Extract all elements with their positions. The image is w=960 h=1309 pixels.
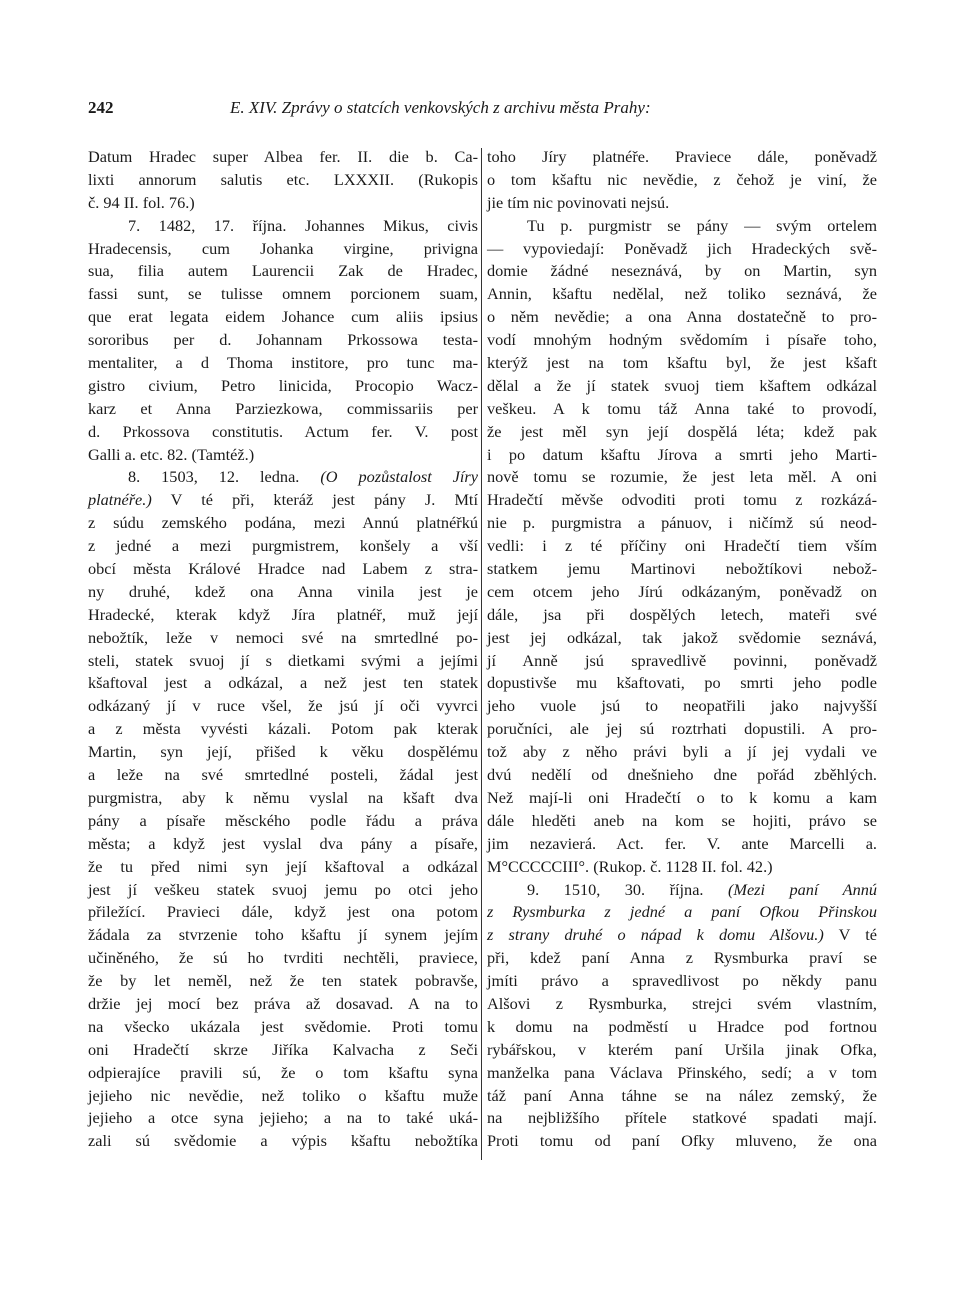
text-line: přiležící. Pravieci dále, když jest ona …: [88, 901, 478, 924]
text-line: karz et Anna Parziezkowa, commissariis p…: [88, 398, 478, 421]
text-line: lixti annorum salutis etc. LXXXII. (Ruko…: [88, 169, 478, 192]
page-header: 242 E. XIV. Zprávy o statcích venkovskýc…: [88, 98, 878, 122]
text-line: Alšovi z Rysmburka, strejci svém vlastní…: [487, 993, 877, 1016]
column-divider: [481, 148, 482, 1160]
text-line: učiněného, že sú ho tvrditi nechtěli, pr…: [88, 947, 478, 970]
entry-8-date: 8. 1503, 12. ledna.: [128, 467, 299, 486]
text-line: Galli a. etc. 82. (Tamtéž.): [88, 444, 478, 467]
text-line: a z města vyvésti kázali. Potom pak kter…: [88, 718, 478, 741]
text-line: jejieho a otce syna jejieho; a na to tak…: [88, 1107, 478, 1130]
verdict-start: Tu p. purgmistr se pány — svým ortelem: [487, 215, 877, 238]
text-line: sua, filia autem Laurencii Zak de Hradec…: [88, 260, 478, 283]
text-line: dále hleděti aneb na kom se hojiti, práv…: [487, 810, 877, 833]
text-line: města; a když jest vyslal dva pány a pís…: [88, 833, 478, 856]
text-line: obcí města Králové Hradce nad Labem z st…: [88, 558, 478, 581]
text-line: fassi sunt, se tulisse omnem porcionem s…: [88, 283, 478, 306]
text-line: že jest měl syn její dospělá léta; kdež …: [487, 421, 877, 444]
text-line: držie jej mocí bez práva až dosavad. A n…: [88, 993, 478, 1016]
text-line: táž paní Anna táhne se na nález zemský, …: [487, 1085, 877, 1108]
text-line: že tu před nimi syn její kšaftoval a odk…: [88, 856, 478, 879]
text-line: Než mají-li oni Hradečtí o to k komu a k…: [487, 787, 877, 810]
text-line: sororibus per d. Johannam Prkossowa test…: [88, 329, 478, 352]
text-line: jest jí veškeu statek svuoj jemu po otci…: [88, 879, 478, 902]
text-line: M°CCCCCIII°. (Rukop. č. 1128 II. fol. 42…: [487, 856, 877, 879]
left-column: Datum Hradec super Albea fer. II. die b.…: [88, 146, 478, 1153]
text-fragment: V té při, kteráž jest pány J. Mtí: [171, 490, 478, 509]
text-line: nebožtík, leže v nemoci své na smrtedlné…: [88, 627, 478, 650]
text-line: manželka pana Václava Přinského, sedí; a…: [487, 1062, 877, 1085]
text-line: purgmistra, aby k němu vyslal na kšaft d…: [88, 787, 478, 810]
text-line: i po datum kšaftu Jírova a smrti jeho Ma…: [487, 444, 877, 467]
text-line: gistro civium, Petro linicida, Procopio …: [88, 375, 478, 398]
text-line: dopustivše mu kšaftovati, po smrti jeho …: [487, 672, 877, 695]
text-line: Annin, kšaftu nedělal, než toliko seznáv…: [487, 283, 877, 306]
text-line: oni Hradečtí skrze Jiříka Kalvacha z Seč…: [88, 1039, 478, 1062]
text-line: na nejbližšího přítele statkové spadati …: [487, 1107, 877, 1130]
text-line: z strany druhé o nápad k domu Alšovu.) V…: [487, 924, 877, 947]
text-line: Hradecensis, cum Johanka virgine, privig…: [88, 238, 478, 261]
text-line: jí Anně jsú spravedlivě povinni, poněvad…: [487, 650, 877, 673]
text-line: při, kdež paní Anna z Rysmburka praví se: [487, 947, 877, 970]
text-line: jmíti právo a spravedlivost po někdy pan…: [487, 970, 877, 993]
text-line: mentaliter, a d Thoma institore, pro tun…: [88, 352, 478, 375]
text-line: kterýž jest na tom kšaftu byl, že jest k…: [487, 352, 877, 375]
text-line: — vypoviedají: Poněvadž jich Hradeckých …: [487, 238, 877, 261]
text-line: steli, statek svuoj jí s dietkami svými …: [88, 650, 478, 673]
text-line: que erat legata eidem Johance cum aliis …: [88, 306, 478, 329]
text-line: toho Jíry platnéře. Praviece dále, poněv…: [487, 146, 877, 169]
text-line: že by let neměl, než že ten statek pobra…: [88, 970, 478, 993]
text-line: ny druhé, kdež ona Anna vinila jest je: [88, 581, 478, 604]
entry-9-start: 9. 1510, 30. října. (Mezi paní Annú: [487, 879, 877, 902]
entry-7-start: 7. 1482, 17. října. Johannes Mikus, civi…: [88, 215, 478, 238]
text-line: kšaftoval jest a odkázal, a než jest ten…: [88, 672, 478, 695]
text-line: z súdu zemského podána, mezi Annú platné…: [88, 512, 478, 535]
text-line: rybářskou, v kterém paní Uršila jinak Of…: [487, 1039, 877, 1062]
text-line: na všecko ukázala jest svědomie. Proti t…: [88, 1016, 478, 1039]
text-line: platnéře.) V té při, kteráž jest pány J.…: [88, 489, 478, 512]
entry-9-title-cont: z Rysmburka z jedné a paní Ofkou Přinsko…: [487, 901, 877, 924]
text-line: jie tím nic povinovati nejsú.: [487, 192, 877, 215]
text-line: žádala za stvrzenie toho kšaftu jí synem…: [88, 924, 478, 947]
entry-8-title-cont: platnéře.): [88, 490, 152, 509]
text-line: Hradecké, kterak když Jíra platnéř, muž …: [88, 604, 478, 627]
entry-8-title: (O pozůstalost Jíry: [320, 467, 478, 486]
text-line: odpierajíce pravili sú, že o tom kšaftu …: [88, 1062, 478, 1085]
text-line: a leže na své smrtedlné posteli, žádal j…: [88, 764, 478, 787]
entry-9-title-end: z strany druhé o nápad k domu Alšovu.): [487, 925, 824, 944]
text-line: vodí mnohým hodným svědomím i písaře toh…: [487, 329, 877, 352]
entry-8-start: 8. 1503, 12. ledna. (O pozůstalost Jíry: [88, 466, 478, 489]
text-line: domie žádné neseznává, by on Martin, syn: [487, 260, 877, 283]
text-line: o něm nevědie; a ona Anna dostatečně to …: [487, 306, 877, 329]
text-line: veškeu. A k tomu táž Anna také to provod…: [487, 398, 877, 421]
text-line: zali sú svědomie a výpis kšaftu nebožtík…: [88, 1130, 478, 1153]
text-line: pány a písaře měsckého podle řádu a práv…: [88, 810, 478, 833]
text-line: poručníci, ale jej sú roztrhati dopustil…: [487, 718, 877, 741]
text-line: jeho vuole jsú to neopatřili jako najvyš…: [487, 695, 877, 718]
text-line: jim nezavierá. Act. fer. V. ante Marcell…: [487, 833, 877, 856]
text-fragment: V té: [839, 925, 877, 944]
text-line: nie p. purgmistra a pánuov, i ničímž sú …: [487, 512, 877, 535]
text-line: dělal a že jí statek svuoj tiem kšaftem …: [487, 375, 877, 398]
text-line: d. Prkossova constitutis. Actum fer. V. …: [88, 421, 478, 444]
text-line: Hradečtí měvše odvoditi proti tomu z roz…: [487, 489, 877, 512]
right-column: toho Jíry platnéře. Praviece dále, poněv…: [487, 146, 877, 1153]
entry-9-date: 9. 1510, 30. října.: [527, 880, 704, 899]
text-line: vedli: i z té příčiny oni Hradečtí tiem …: [487, 535, 877, 558]
text-line: k domu na podměstí u Hradce pod fortnou: [487, 1016, 877, 1039]
text-line: Martin, syn její, přišed k věku dospělém…: [88, 741, 478, 764]
entry-9-title: (Mezi paní Annú: [728, 880, 877, 899]
text-line: cem otcem jeho Jírú odkázaným, poněvadž …: [487, 581, 877, 604]
text-line: odkázaný jí v ruce všel, že jsú jí oči v…: [88, 695, 478, 718]
text-line: jest jej odkázal, tak jakož svědomie sez…: [487, 627, 877, 650]
text-line: dále, jsa při dospělých letech, mateři s…: [487, 604, 877, 627]
text-line: tož aby z něho právi byli a jí jej vydal…: [487, 741, 877, 764]
text-line: nově tomu se rozumie, že jest leta měl. …: [487, 466, 877, 489]
text-line: z jedné a mezi purgmistrem, konšely a vš…: [88, 535, 478, 558]
text-line: statkem jemu Martinovi nebožtíkovi nebož…: [487, 558, 877, 581]
running-title: E. XIV. Zprávy o statcích venkovských z …: [230, 98, 651, 118]
text-line: jejieho nic nevědie, než toliko o kšaftu…: [88, 1085, 478, 1108]
text-line: dvú nedělí od dnešnieho dne pořád zběhlý…: [487, 764, 877, 787]
text-line: Proti tomu od paní Ofky mluveno, že ona: [487, 1130, 877, 1153]
text-line: č. 94 II. fol. 76.): [88, 192, 478, 215]
text-line: o tom kšaftu nic nevědie, z čehož je vin…: [487, 169, 877, 192]
text-line: Datum Hradec super Albea fer. II. die b.…: [88, 146, 478, 169]
page-number: 242: [88, 98, 114, 118]
